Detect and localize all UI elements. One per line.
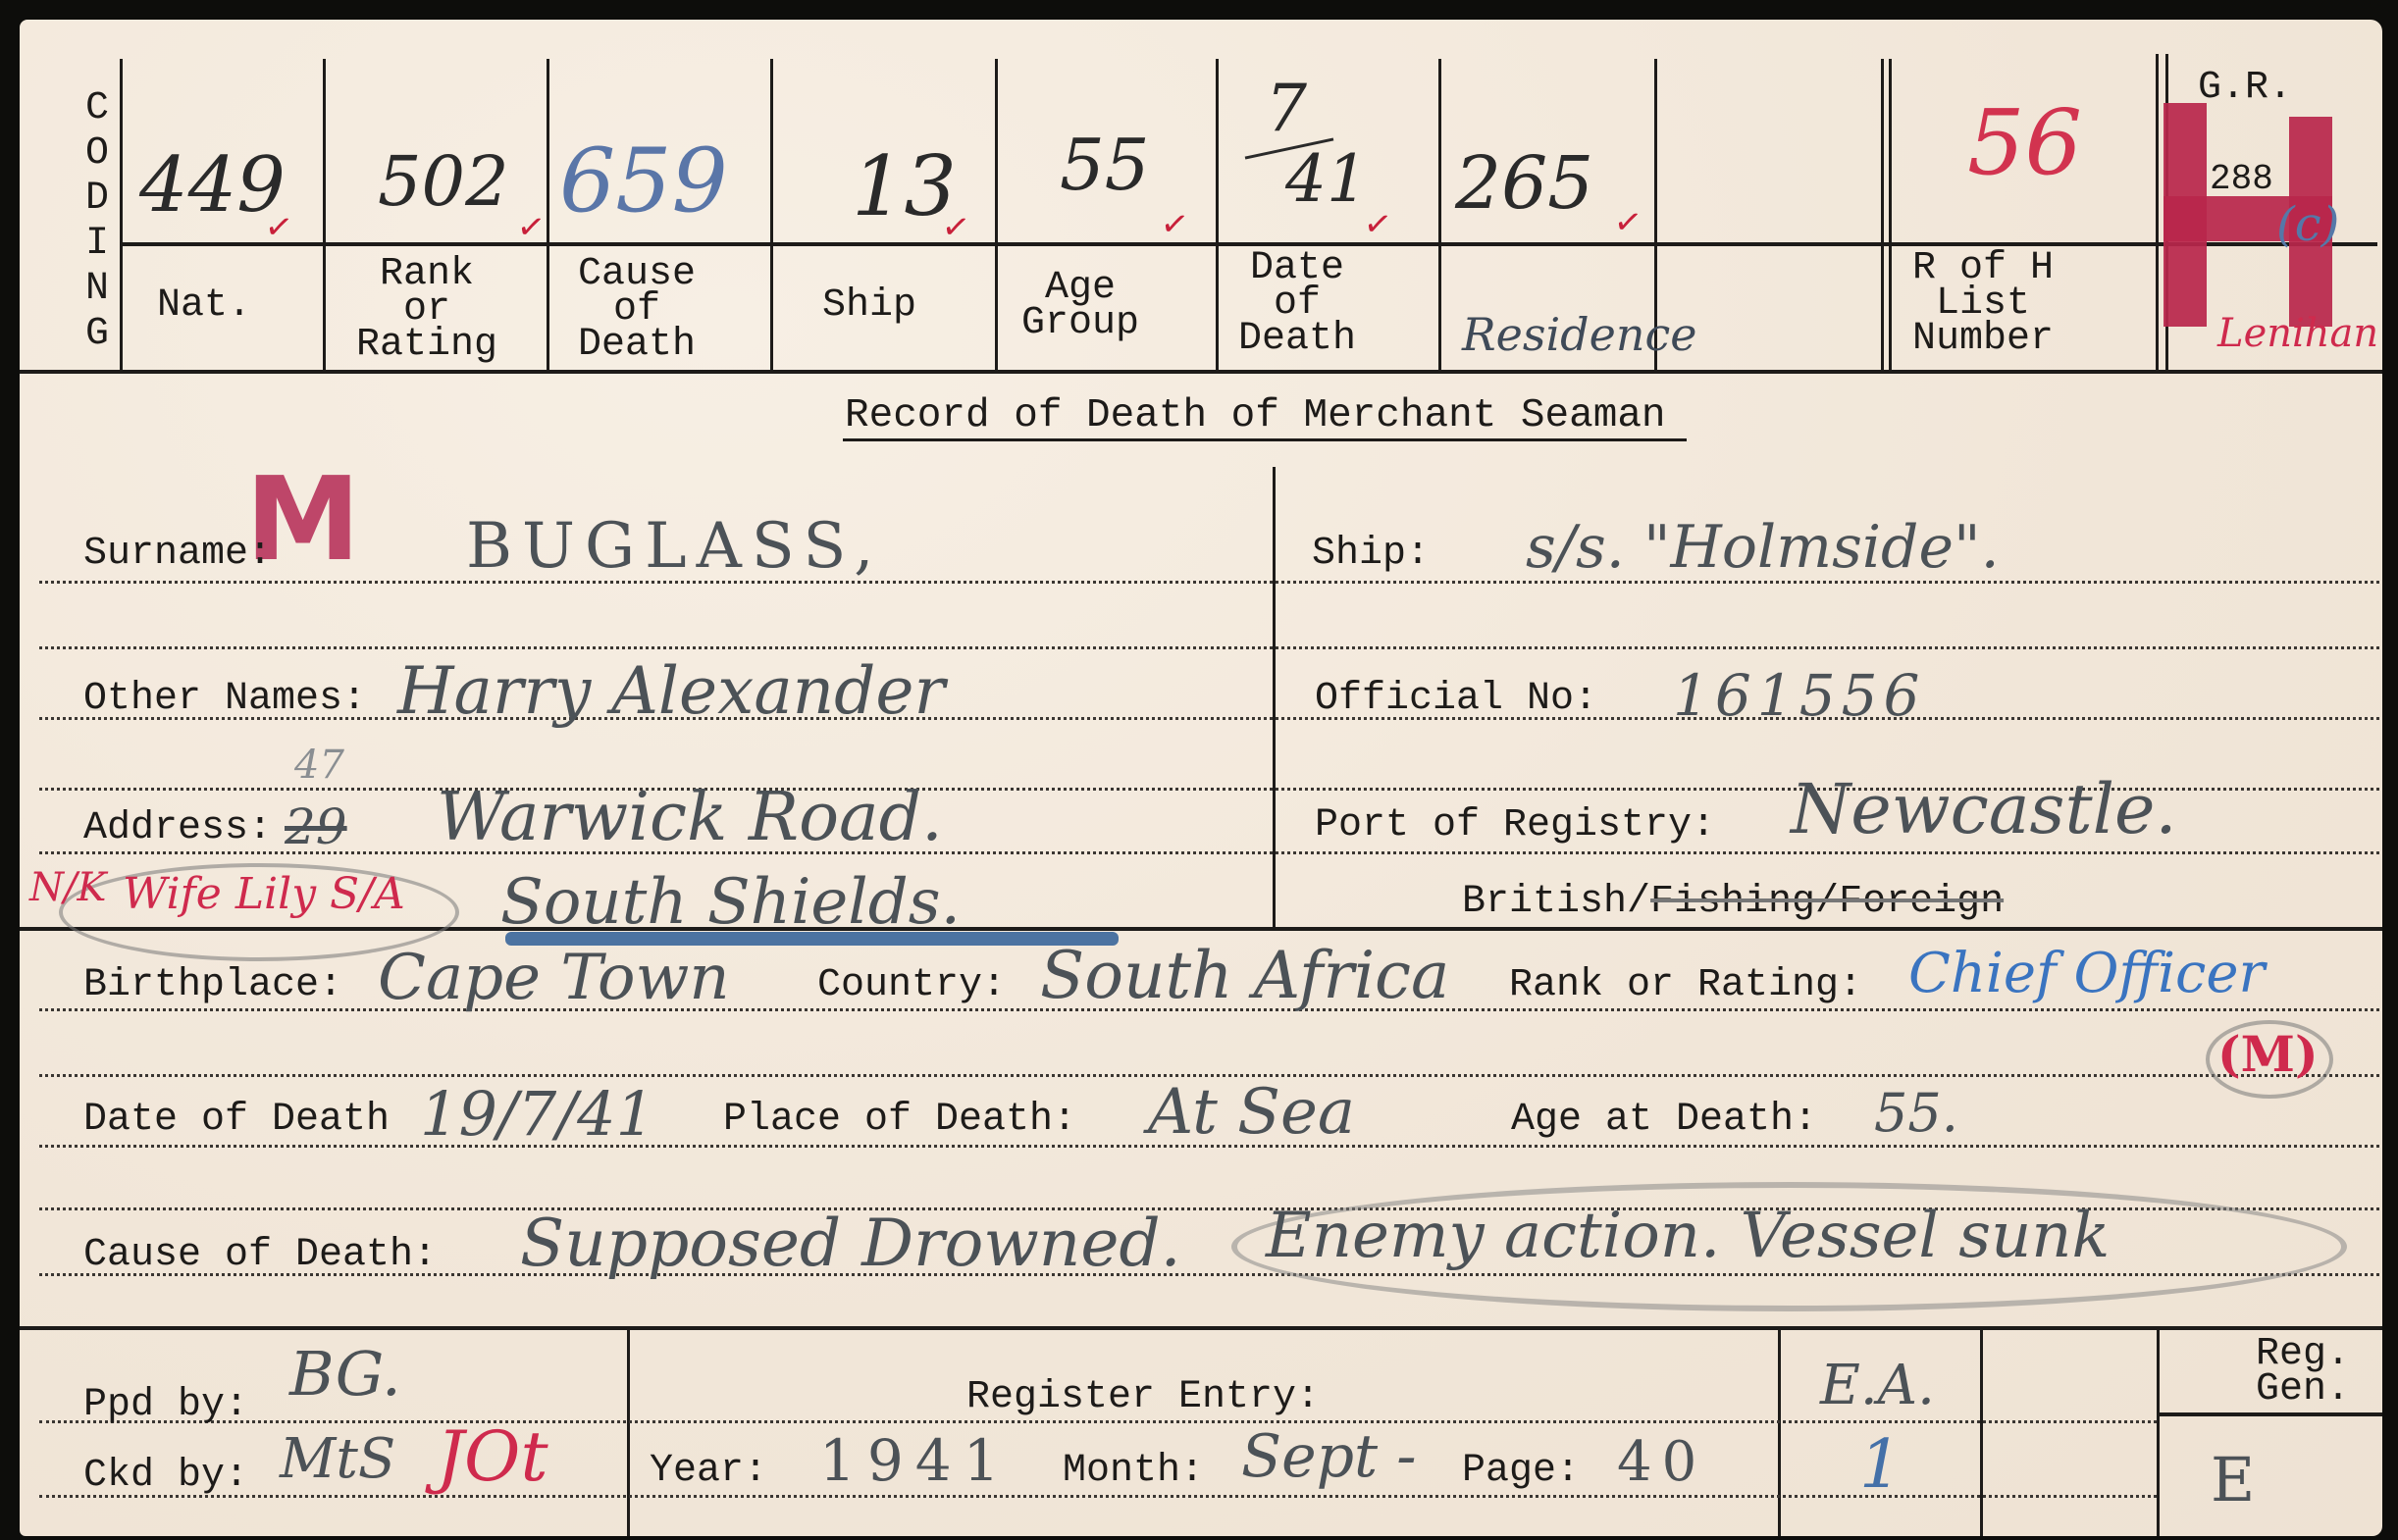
cause-of-death-value: Supposed Drowned.	[520, 1211, 1181, 1276]
gr-annotation: (c)	[2276, 201, 2339, 248]
ppd-by-label: Ppd by:	[83, 1386, 248, 1425]
dotted-rule	[39, 851, 2379, 854]
grid-line	[2156, 54, 2159, 373]
grid-line	[20, 370, 2382, 374]
other-names-value: Harry Alexander	[397, 659, 945, 724]
grid-line	[1889, 59, 1892, 373]
grid-line	[1438, 59, 1441, 373]
coding-cause-value: 659	[559, 137, 728, 226]
ea-value: E.A.	[1820, 1359, 1935, 1413]
country-label: Country:	[817, 966, 1006, 1005]
address-note-prefix: N/K	[29, 868, 106, 907]
coding-cause-label: CauseofDeath	[573, 257, 701, 363]
grid-line	[547, 59, 549, 373]
grid-line	[1216, 59, 1219, 373]
ckd-by-initials: JOt	[437, 1422, 548, 1491]
ckd-by-value: MtS	[280, 1432, 395, 1487]
registry-type: British/Fishing/Foreign	[1462, 883, 2004, 922]
birthplace-label: Birthplace:	[83, 966, 342, 1005]
address-note: Wife Lily S/A	[123, 873, 405, 916]
grid-line	[2157, 1328, 2160, 1536]
coding-nat-label: Nat.	[157, 286, 251, 326]
year-value: 1941	[819, 1432, 1012, 1489]
rank-label: Rank or Rating:	[1509, 966, 1862, 1005]
surname-value: BUGLASS,	[466, 515, 883, 578]
grid-line	[995, 59, 998, 373]
check-mark-icon: ✓	[940, 209, 972, 246]
month-value: Sept -	[1241, 1427, 1416, 1486]
check-mark-icon: ✓	[1612, 204, 1644, 241]
coding-age-value: 55	[1060, 129, 1150, 200]
date-of-death-value: 19/7/41	[420, 1084, 654, 1145]
grid-line	[1881, 59, 1884, 373]
coding-side-label: COD ING	[82, 86, 112, 357]
coding-ship-label: Ship	[822, 286, 916, 326]
address-label: Address:	[83, 809, 272, 848]
page-value: 40	[1617, 1435, 1706, 1490]
rank-value: Chief Officer	[1908, 947, 2265, 1001]
coding-residence-label: Residence	[1462, 312, 1696, 357]
gr-signature: Lenihan	[2217, 314, 2378, 353]
dotted-rule	[39, 581, 2379, 584]
rank-mark: (M)	[2217, 1030, 2319, 1079]
coding-rank-label: RankorRating	[353, 257, 500, 363]
page-label: Page:	[1462, 1452, 1580, 1491]
coding-rank-value: 502	[378, 147, 509, 216]
address-number-corrected: 47	[294, 745, 344, 785]
coding-age-label: AgeGroup	[1017, 271, 1144, 341]
age-at-death-value: 55.	[1874, 1087, 1958, 1140]
grid-line	[1778, 1328, 1781, 1536]
section-divider	[1273, 467, 1276, 928]
record-title: Record of Death of Merchant Seaman	[845, 396, 1666, 436]
coding-ship-value: 13	[852, 145, 957, 228]
check-mark-icon: ✓	[1362, 206, 1394, 243]
check-mark-icon: ✓	[515, 209, 547, 246]
dotted-rule	[39, 717, 2379, 720]
cause-circled-text: Enemy action. Vessel sunk	[1266, 1205, 2110, 1267]
reg-gen-value: E	[2211, 1450, 2255, 1511]
other-names-label: Other Names:	[83, 680, 366, 719]
dotted-rule	[39, 646, 2379, 649]
grid-line	[2157, 1412, 2382, 1416]
grid-line	[627, 1328, 630, 1536]
place-of-death-value: At Sea	[1148, 1081, 1355, 1144]
grid-line	[323, 59, 326, 373]
check-mark-icon: ✓	[263, 209, 295, 246]
ckd-by-label: Ckd by:	[83, 1457, 248, 1496]
month-label: Month:	[1063, 1452, 1204, 1491]
gr-label: G.R.	[2198, 69, 2292, 108]
coding-nat-value: 449	[139, 147, 286, 224]
port-label: Port of Registry:	[1315, 806, 1715, 846]
address-number-struck: 29	[285, 802, 347, 851]
official-no-value: 161556	[1673, 667, 1925, 724]
official-no-label: Official No:	[1315, 680, 1597, 719]
grid-line	[120, 59, 123, 373]
grid-line	[770, 59, 773, 373]
birthplace-value: Cape Town	[378, 947, 730, 1009]
ship-label: Ship:	[1312, 535, 1430, 574]
cause-of-death-label: Cause of Death:	[83, 1236, 437, 1275]
surname-label: Surname:	[83, 535, 272, 574]
grid-line	[1980, 1328, 1983, 1536]
register-entry-label: Register Entry:	[966, 1378, 1320, 1417]
coding-date-label: DateofDeath	[1238, 251, 1356, 357]
dotted-rule	[39, 1420, 2157, 1423]
coding-residence-value: 265	[1455, 147, 1593, 220]
ship-value: s/s. "Holmside".	[1526, 518, 2000, 577]
dotted-rule	[39, 1495, 2157, 1498]
title-underline	[843, 438, 1687, 441]
date-of-death-label: Date of Death	[83, 1101, 390, 1140]
address-line1: Warwick Road.	[437, 785, 943, 851]
year-label: Year:	[650, 1452, 767, 1491]
ppd-by-value: BG.	[289, 1344, 401, 1405]
check-mark-icon: ✓	[1159, 206, 1191, 243]
ea-count: 1	[1859, 1432, 1902, 1499]
coding-rofh-label: R of HListNumber	[1900, 251, 2066, 357]
reg-gen-label: Reg.Gen.	[2213, 1337, 2350, 1408]
address-line2: South Shields.	[500, 871, 961, 934]
port-value: Newcastle.	[1791, 775, 2177, 844]
age-at-death-label: Age at Death:	[1511, 1101, 1817, 1140]
section-line	[20, 1326, 2382, 1330]
gr-number: 288	[2210, 162, 2273, 197]
place-of-death-label: Place of Death:	[723, 1101, 1076, 1140]
country-value: South Africa	[1040, 944, 1449, 1008]
coding-rofh-value: 56	[1967, 98, 2082, 188]
